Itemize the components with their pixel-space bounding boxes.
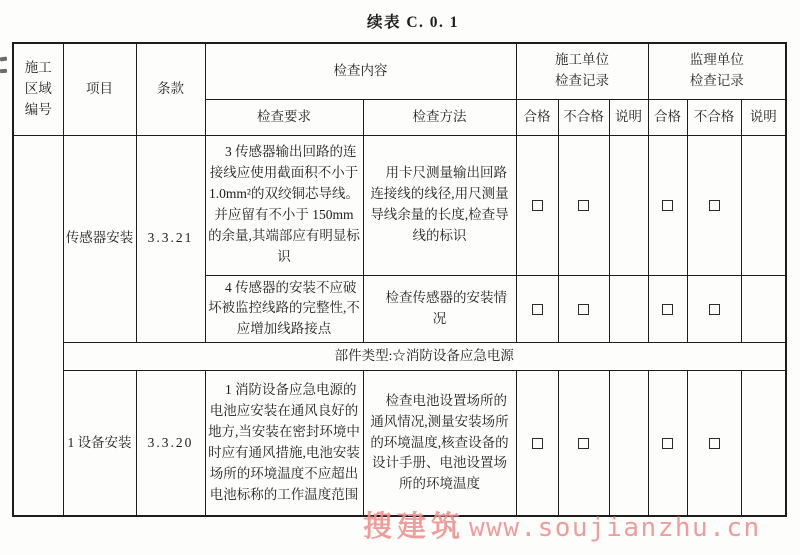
- cell-project: 1 设备安装: [63, 371, 136, 516]
- cell-fail-supervisor: [687, 275, 741, 343]
- col-header-note-supervisor: 说明: [741, 99, 786, 135]
- cell-note-supervisor-empty: [741, 135, 786, 275]
- checkbox-constructor-fail[interactable]: [578, 200, 589, 211]
- checkbox-constructor-fail[interactable]: [578, 304, 589, 315]
- cell-pass-supervisor: [648, 371, 687, 516]
- cell-note-constructor-empty: [609, 135, 648, 275]
- scanned-document-page: 续表 C. 0. 1 施工 区域 编号 项目 条款 检查内容 施工单位 检查记录…: [0, 0, 800, 555]
- cell-clause: 3.3.20: [136, 371, 205, 516]
- checkbox-constructor-fail[interactable]: [578, 438, 589, 449]
- cell-clause: 3.3.21: [136, 135, 205, 343]
- checkbox-supervisor-pass[interactable]: [662, 200, 673, 211]
- col-header-note-constructor: 说明: [609, 99, 648, 135]
- cell-project: 传感器安装: [63, 135, 136, 343]
- watermark-brand: 搜建筑: [363, 511, 465, 543]
- page-title: 续表 C. 0. 1: [13, 10, 800, 32]
- cell-method: 检查电池设置场所的通风情况,测量安装场所的环境温度,核查设备的设计手册、电池设置…: [363, 371, 516, 516]
- checkbox-supervisor-fail[interactable]: [709, 200, 720, 211]
- cell-method: 检查传感器的安装情况: [363, 275, 516, 343]
- col-header-pass-supervisor: 合格: [648, 99, 687, 135]
- cell-requirement: 4 传感器的安装不应破坏被监控线路的完整性,不应增加线路接点: [205, 275, 363, 343]
- cell-region-empty: [13, 135, 63, 516]
- inspection-record-table: 施工 区域 编号 项目 条款 检查内容 施工单位 检查记录 监理单位 检查记录 …: [12, 42, 787, 517]
- checkbox-supervisor-fail[interactable]: [709, 438, 720, 449]
- checkbox-supervisor-pass[interactable]: [662, 304, 673, 315]
- col-header-content: 检查内容: [205, 43, 516, 99]
- col-header-project: 项目: [63, 43, 136, 135]
- col-header-pass-constructor: 合格: [516, 99, 558, 135]
- col-header-requirement: 检查要求: [205, 99, 363, 135]
- cell-pass-constructor: [516, 371, 558, 516]
- cell-note-constructor-empty: [609, 275, 648, 343]
- cell-pass-supervisor: [648, 275, 687, 343]
- cell-requirement: 3 传感器输出回路的连接线应使用截面积不小于 1.0mm²的双绞铜芯导线。并应留…: [205, 135, 363, 275]
- scan-edge-artifact: [0, 57, 7, 62]
- col-header-method: 检查方法: [363, 99, 516, 135]
- col-header-clause: 条款: [136, 43, 205, 135]
- checkbox-constructor-pass[interactable]: [532, 200, 543, 211]
- col-header-supervisor-record: 监理单位 检查记录: [648, 43, 786, 99]
- cell-note-supervisor-empty: [741, 275, 786, 343]
- cell-fail-constructor: [558, 135, 609, 275]
- col-header-constructor-record: 施工单位 检查记录: [516, 43, 648, 99]
- watermark: 搜建筑 www.soujianzhu.cn: [363, 504, 761, 545]
- cell-note-supervisor-empty: [741, 371, 786, 516]
- cell-method: 用卡尺测量输出回路连接线的线径,用尺测量导线余量的长度,检查导线的标识: [363, 135, 516, 275]
- cell-fail-constructor: [558, 275, 609, 343]
- cell-fail-constructor: [558, 371, 609, 516]
- cell-fail-supervisor: [687, 135, 741, 275]
- cell-pass-constructor: [516, 135, 558, 275]
- watermark-url: www.soujianzhu.cn: [469, 513, 761, 543]
- col-header-region: 施工 区域 编号: [13, 43, 63, 135]
- cell-pass-supervisor: [648, 135, 687, 275]
- cell-requirement: 1 消防设备应急电源的电池应安装在通风良好的地方,当安装在密封环境中时应有通风措…: [205, 371, 363, 516]
- scan-edge-artifact: [0, 69, 7, 73]
- col-header-fail-supervisor: 不合格: [687, 99, 741, 135]
- component-type-divider: 部件类型:☆消防设备应急电源: [63, 343, 786, 371]
- checkbox-constructor-pass[interactable]: [532, 304, 543, 315]
- checkbox-supervisor-pass[interactable]: [662, 438, 673, 449]
- cell-fail-supervisor: [687, 371, 741, 516]
- checkbox-supervisor-fail[interactable]: [709, 304, 720, 315]
- cell-pass-constructor: [516, 275, 558, 343]
- checkbox-constructor-pass[interactable]: [532, 438, 543, 449]
- col-header-fail-constructor: 不合格: [558, 99, 609, 135]
- cell-note-constructor-empty: [609, 371, 648, 516]
